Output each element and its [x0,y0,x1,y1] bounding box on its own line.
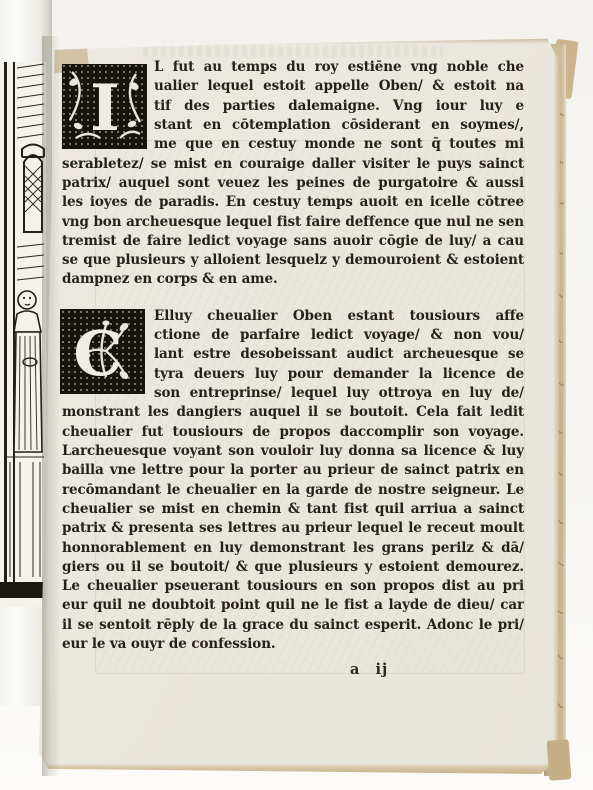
text-line: se que plusieurs y alloient lesquelz y d… [62,251,524,270]
text-line: L fut au temps du roy estiēne vng noble … [154,58,524,77]
page-bottom-deckle-edge [38,763,560,774]
text-line: Le cheualier pseuerant tousiours en son … [62,577,524,596]
text-line: tif des parties dalemaigne. Vng iour luy… [154,97,524,116]
quire-signature: a ij [350,661,524,678]
showthrough-text-ghost [143,46,443,57]
initial-letter: I [90,71,120,146]
facing-page-woodcut-illustration [0,62,46,607]
text-block: I L fut au temps du roy estiēne vng nobl… [62,58,524,678]
text-line: Larcheuesque voyant son vouloir luy donn… [62,442,524,461]
photograph-of-early-printed-book: I L fut au temps du roy estiēne vng nobl… [0,0,593,790]
woodcut-figure [14,291,42,452]
manuscript-strip-bottom-corner [547,739,572,780]
text-line: monstrant les dangiers auquel il se bout… [62,403,524,422]
text-line: cheualier fut tousiours de propos daccom… [62,423,524,442]
text-line: les ioyes de paradis. En cestuy temps au… [62,193,524,212]
text-line: bailla vne lettre pour la porter au prie… [62,461,524,480]
paragraph-1: I L fut au temps du roy estiēne vng nobl… [62,58,524,290]
text-line: tyra deuers luy pour demander la licence… [154,365,524,384]
text-line: lant estre desobeissant audict archeuesq… [154,345,524,364]
woodcut-initial-C: C [60,309,145,394]
text-line: patrix/ auquel sont veuez les peines de … [62,174,524,193]
text-line: ualier lequel estoit appelle Oben/ & est… [154,77,524,96]
text-line: eur le va ouyr de confession. [62,635,524,654]
paragraph-2: C Elluy cheualier Oben estant tousiours … [62,307,524,655]
text-line: giers ou il se boutoit/ & que plusieurs … [62,558,524,577]
page-top-deckle-edge [54,38,560,44]
text-line: dampnez en corps & en ame. [62,270,524,289]
text-line: tremist de faire ledict voyage sans auoi… [62,232,524,251]
initial-letter: C [73,317,122,390]
text-line: serabletez/ se mist en couraige daller v… [62,155,524,174]
text-line: son entreprinse/ lequel luy ottroya en l… [154,384,524,403]
text-line: recōmandant le cheualier en la garde de … [62,481,524,500]
text-line: il se sentoit rēply de la grace du sainc… [62,616,524,635]
text-line: ctione de parfaire ledict voyage/ & non … [154,326,524,345]
woodcut-initial-I: I [62,64,147,149]
text-line: cheualier se mist en chemin & tant fist … [62,500,524,519]
text-line: patrix & presenta ses lettres au prieur … [62,519,524,538]
text-line: me que en cestuy monde ne sont q̄ toutes… [154,135,524,154]
text-line: vng bon archeuesque lequel fist faire de… [62,213,524,232]
text-line: honnorablement en luy demonstrant les gr… [62,539,524,558]
printed-page: I L fut au temps du roy estiēne vng nobl… [38,38,560,774]
text-line: Elluy cheualier Oben estant tousiours af… [154,307,524,326]
text-line: stant en cōtemplation cōsiderant en soym… [154,116,524,135]
text-line: eur quil ne doubtoit point quil ne le fi… [62,596,524,615]
